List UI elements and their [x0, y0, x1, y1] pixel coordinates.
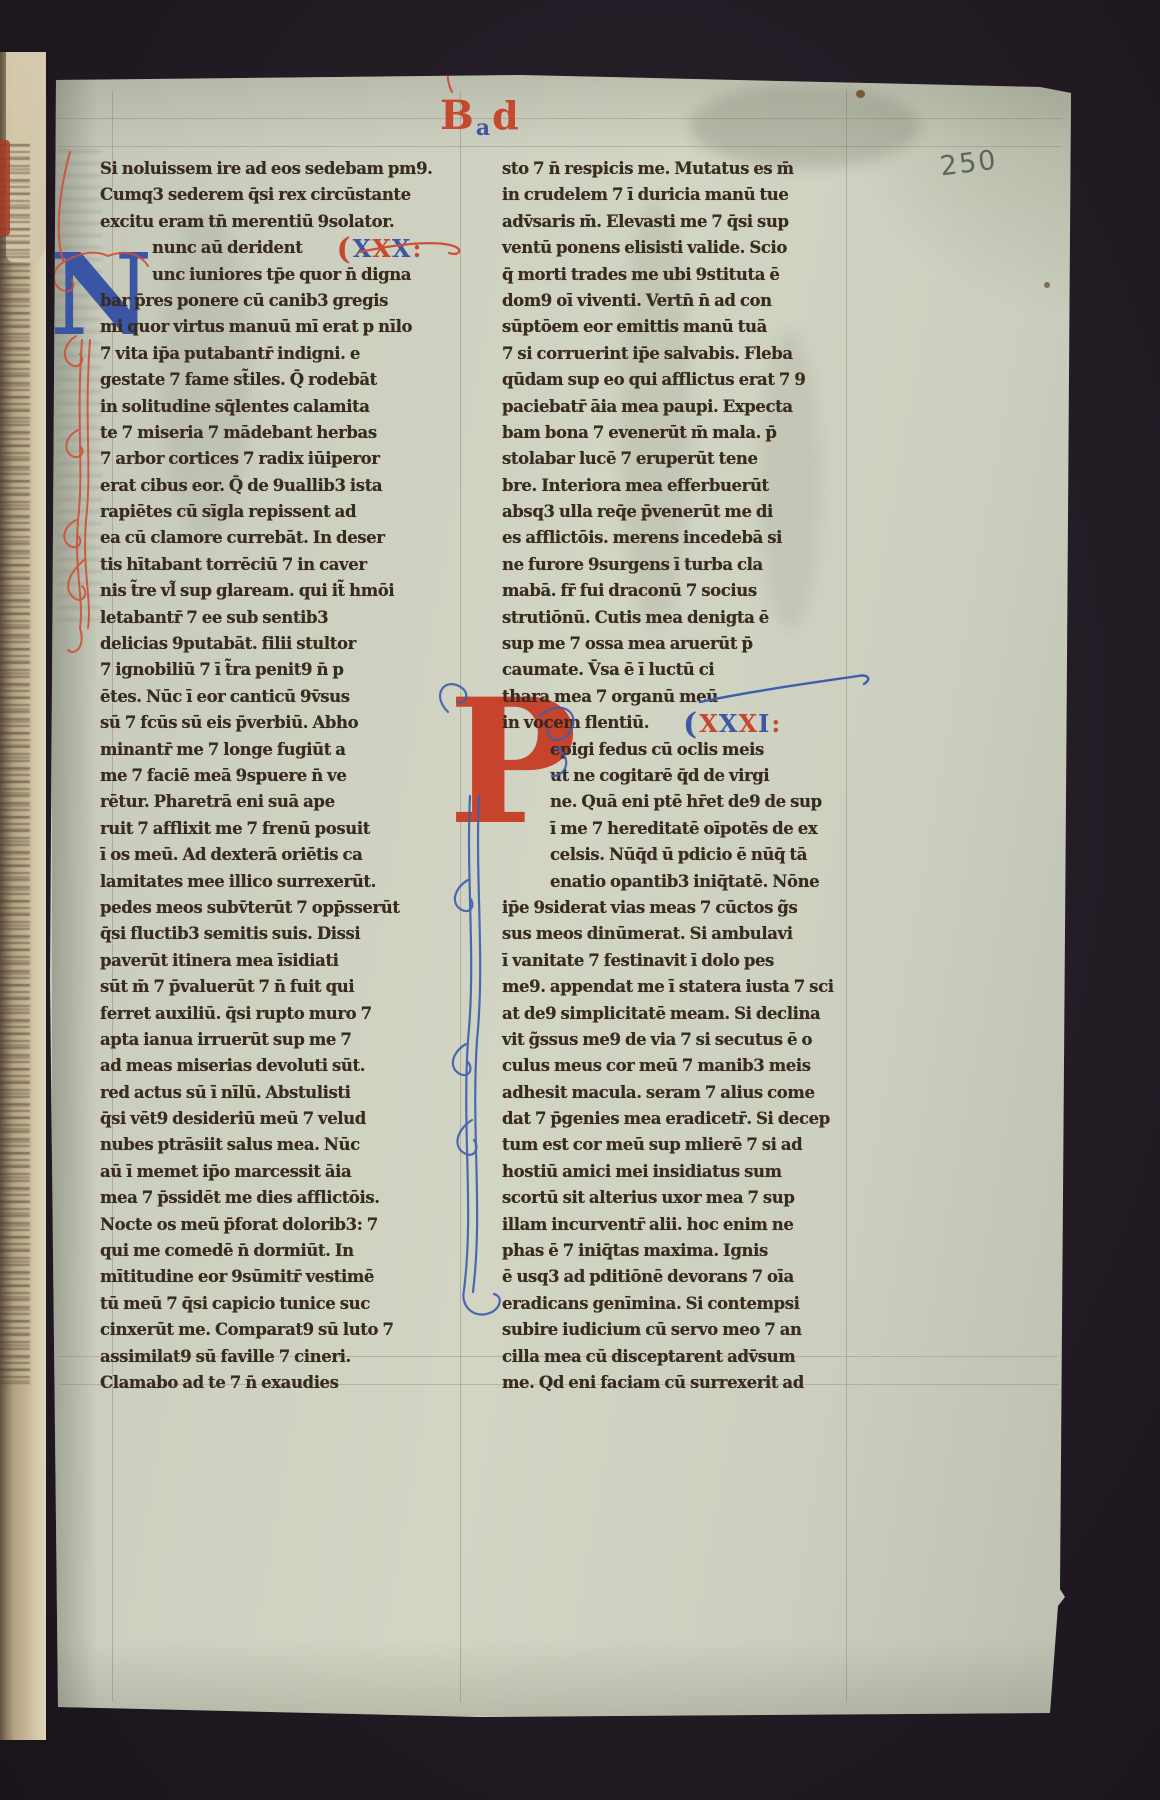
text-line: dom9 oī viventi. Vertn̄ n̄ ad con [502, 288, 870, 314]
text-line: subire iudicium cū servo meo 7 an [502, 1317, 870, 1343]
chapter-numeral-letter: X [739, 709, 759, 738]
text-line: ut ne cogitarē q̄d de virgi [502, 763, 870, 789]
text-line: celsis. Nūq̄d ū pdicio ē nūq̄ tā [502, 842, 870, 868]
text-line: 7 arbor cortices 7 radix iūiperor [100, 446, 478, 472]
text-line: ne furore 9surgens ī turba cla [502, 552, 870, 578]
text-line: tum est cor meū sup mlierē 7 si ad [502, 1132, 870, 1158]
text-line: pedes meos subv̄terūt 7 opp̄sserūt [100, 895, 478, 921]
text-line: sū 7 fcūs sū eis p̄verbiū. Abho [100, 710, 478, 736]
text-line: in solitudine sq̄lentes calamita [100, 394, 478, 420]
bottom-edge-shading [56, 1640, 1056, 1716]
text-line: tis hītabant torrēciū 7 in caver [100, 552, 478, 578]
text-line: red actus sū ī nīlū. Abstulisti [100, 1080, 478, 1106]
text-line: me. Qd eni faciam cū surrexerit ad [502, 1370, 870, 1396]
text-line: ē usq3 ad pditiōnē devorans 7 oīa [502, 1264, 870, 1290]
chapter-numeral-terminal: : [413, 234, 423, 263]
text-line: qui me comedē n̄ dormiūt. In [100, 1238, 478, 1264]
chapter-numeral-letter: I [758, 709, 770, 738]
text-line: me 7 faciē meā 9spuere n̄ ve [100, 763, 478, 789]
red-edge-ribbon [0, 140, 10, 236]
text-line: q̄si fluctib3 semitis suis. Dissi [100, 921, 478, 947]
text-line: caumate. V̄sa ē ī luctū ci [502, 657, 870, 683]
text-line: letabantr̄ 7 ee sub sentib3 [100, 605, 478, 631]
text-line: me9. appendat me ī statera iusta 7 sci [502, 974, 870, 1000]
text-line: vit g̃ssus me9 de via 7 si secutus ē o [502, 1027, 870, 1053]
text-line: sto 7 n̄ respicis me. Mutatus es m̄ [502, 156, 870, 182]
chapter-numeral-letter: X [719, 709, 739, 738]
text-line: 7 ignobiliū 7 ī t̃ra penit9 n̄ p [100, 657, 478, 683]
text-line: es afflictōis. merens incedebā si [502, 525, 870, 551]
text-line: minantr̄ me 7 longe fugiūt a [100, 737, 478, 763]
text-line: dat 7 p̄genies mea eradicetr̄. Si decep [502, 1106, 870, 1132]
photograph-background: Bad 250 N P Si noluissem ire ad eos sede… [0, 0, 1160, 1800]
text-line: ī os meū. Ad dexterā oriētis ca [100, 842, 478, 868]
text-line: sus meos dinūmerat. Si ambulavi [502, 921, 870, 947]
text-line: qūdam sup eo qui afflictus erat 7 9 [502, 367, 870, 393]
text-line: stolabar lucē 7 eruperūt tene [502, 446, 870, 472]
chapter-numeral-letter: X [392, 234, 412, 263]
text-column-right: sto 7 n̄ respicis me. Mutatus es m̄in cr… [502, 156, 870, 1396]
text-line: eradicans genīmina. Si contempsi [502, 1291, 870, 1317]
text-line: q̄ morti trades me ubi 9stituta ē [502, 262, 870, 288]
text-line: Si noluissem ire ad eos sedebam pm9. [100, 156, 478, 182]
text-line: erat cibus eor. Q̄ de 9uallib3 ista [100, 473, 478, 499]
text-line: strutiōnū. Cutis mea denigta ē [502, 605, 870, 631]
running-title-letter: B [440, 92, 474, 139]
chapter-numeral-letter: X [699, 709, 719, 738]
text-line: adv̄saris m̄. Elevasti me 7 q̄si sup [502, 209, 870, 235]
text-line: 7 vita ip̄a putabantr̄ indigni. e [100, 341, 478, 367]
text-line: sūptōem eor emittis manū tuā [502, 314, 870, 340]
running-title: Bad [440, 92, 515, 148]
text-line: rapiētes cū sīgla repissent ad [100, 499, 478, 525]
text-line: adhesit macula. seram 7 alius come [502, 1080, 870, 1106]
text-line: rētur. Pharetrā eni suā ape [100, 789, 478, 815]
text-line: 7 si corruerint ip̄e salvabis. Fleba [502, 341, 870, 367]
text-line: paverūt itinera mea īsidiati [100, 948, 478, 974]
text-line: ea cū clamore currebāt. In deser [100, 525, 478, 551]
text-line: ī me 7 hereditatē oīpotēs de ex [502, 816, 870, 842]
text-line: bar p̄res ponere cū canib3 gregis [100, 288, 478, 314]
text-line: absq3 ulla req̄e p̄venerūt me di [502, 499, 870, 525]
text-line: paciebatr̄ āia mea paupi. Expecta [502, 394, 870, 420]
text-line: aū ī memet ip̄o marcessit āia [100, 1159, 478, 1185]
ruling-line-horizontal [58, 118, 1062, 119]
text-line: hostiū amici mei insidiatus sum [502, 1159, 870, 1185]
chapter-number-XXXI: (XXXI: [683, 711, 781, 738]
text-column-left: Si noluissem ire ad eos sedebam pm9.Cumq… [100, 156, 478, 1396]
text-line: Clamabo ad te 7 n̄ exaudies [100, 1370, 478, 1396]
text-line: scortū sit alterius uxor mea 7 sup [502, 1185, 870, 1211]
text-line: excitu eram tn̄ merentiū 9solator. [100, 209, 478, 235]
verso-show-through [58, 150, 102, 630]
text-line: nis t̃re vl̃ sup glaream. qui it̃ hmōi [100, 578, 478, 604]
running-title-letter: d [492, 93, 519, 138]
chapter-number-XXX: (XXX: [336, 236, 422, 263]
text-line: tū meū 7 q̄si capicio tunice suc [100, 1291, 478, 1317]
text-line: te 7 miseria 7 mādebant herbas [100, 420, 478, 446]
text-line: at de9 simplicitatē meam. Si declina [502, 1001, 870, 1027]
text-line: ī vanitate 7 festinavit ī dolo pes [502, 948, 870, 974]
text-line: gestate 7 fame st̃iles. Q̄ rodebāt [100, 367, 478, 393]
text-line: in vocem flentiū.(XXXI: [502, 710, 870, 736]
manuscript-page: Bad 250 N P Si noluissem ire ad eos sede… [0, 0, 1160, 1800]
text-line: ad meas miserias devoluti sūt. [100, 1053, 478, 1079]
page-edge-text-marks [0, 144, 30, 1384]
text-line: ētes. Nūc ī eor canticū 9v̄sus [100, 684, 478, 710]
ink-spot [856, 90, 865, 98]
text-line: delicias 9putabāt. filii stultor [100, 631, 478, 657]
text-line: cinxerūt me. Comparat9 sū luto 7 [100, 1317, 478, 1343]
text-line: ruit 7 afflixit me 7 frenū posuit [100, 816, 478, 842]
text-line: ventū ponens elisisti valide. Scio [502, 235, 870, 261]
text-line: Cumq3 sederem q̄si rex circūstante [100, 182, 478, 208]
ink-spot [1044, 282, 1050, 288]
text-line: unc iuniores tp̄e quor n̄ digna [100, 262, 478, 288]
text-line: nunc aū derident(XXX: [100, 235, 478, 261]
text-line: bam bona 7 evenerūt m̄ mala. p̄ [502, 420, 870, 446]
book-page-edges [0, 52, 46, 1740]
running-title-letter: a [476, 115, 490, 141]
text-line: phas ē 7 iniq̄tas maxima. Ignis [502, 1238, 870, 1264]
text-line: mītitudine eor 9sūmitr̄ vestimē [100, 1264, 478, 1290]
text-line: Nocte os meū p̄forat dolorib3: 7 [100, 1212, 478, 1238]
text-line: apta ianua irruerūt sup me 7 [100, 1027, 478, 1053]
chapter-numeral-letter: X [353, 234, 373, 263]
ruling-line-horizontal [58, 146, 1062, 147]
text-line: ne. Quā eni ptē hr̄et de9 de sup [502, 789, 870, 815]
text-line: ip̄e 9siderat vias meas 7 cūctos g̃s [502, 895, 870, 921]
text-line: sūt m̄ 7 p̄valuerūt 7 n̄ fuit qui [100, 974, 478, 1000]
text-line: mi quor virtus manuū mī erat p nīlo [100, 314, 478, 340]
text-line: culus meus cor meū 7 manib3 meis [502, 1053, 870, 1079]
text-line: bre. Interiora mea efferbuerūt [502, 473, 870, 499]
text-line: assimilat9 sū faville 7 cineri. [100, 1344, 478, 1370]
text-line: enatio opantib3 iniq̄tatē. Nōne [502, 869, 870, 895]
text-line: ferret auxiliū. q̄si rupto muro 7 [100, 1001, 478, 1027]
text-line: lamitates mee illico surrexerūt. [100, 869, 478, 895]
text-line: mea 7 p̄ssidēt me dies afflictōis. [100, 1185, 478, 1211]
text-line: sup me 7 ossa mea aruerūt p̄ [502, 631, 870, 657]
text-line: illam incurventr̄ alii. hoc enim ne [502, 1212, 870, 1238]
chapter-numeral-terminal: : [771, 709, 781, 738]
text-line: epigi fedus cū oclis meis [502, 737, 870, 763]
text-line: nubes ptrāsiit salus mea. Nūc [100, 1132, 478, 1158]
text-line: q̄si vēt9 desideriū meū 7 velud [100, 1106, 478, 1132]
text-line: mabā. fr̄ fui draconū 7 socius [502, 578, 870, 604]
text-line: in crudelem 7 ī duricia manū tue [502, 182, 870, 208]
text-line: cilla mea cū disceptarent adv̄sum [502, 1344, 870, 1370]
chapter-numeral-letter: X [372, 234, 392, 263]
